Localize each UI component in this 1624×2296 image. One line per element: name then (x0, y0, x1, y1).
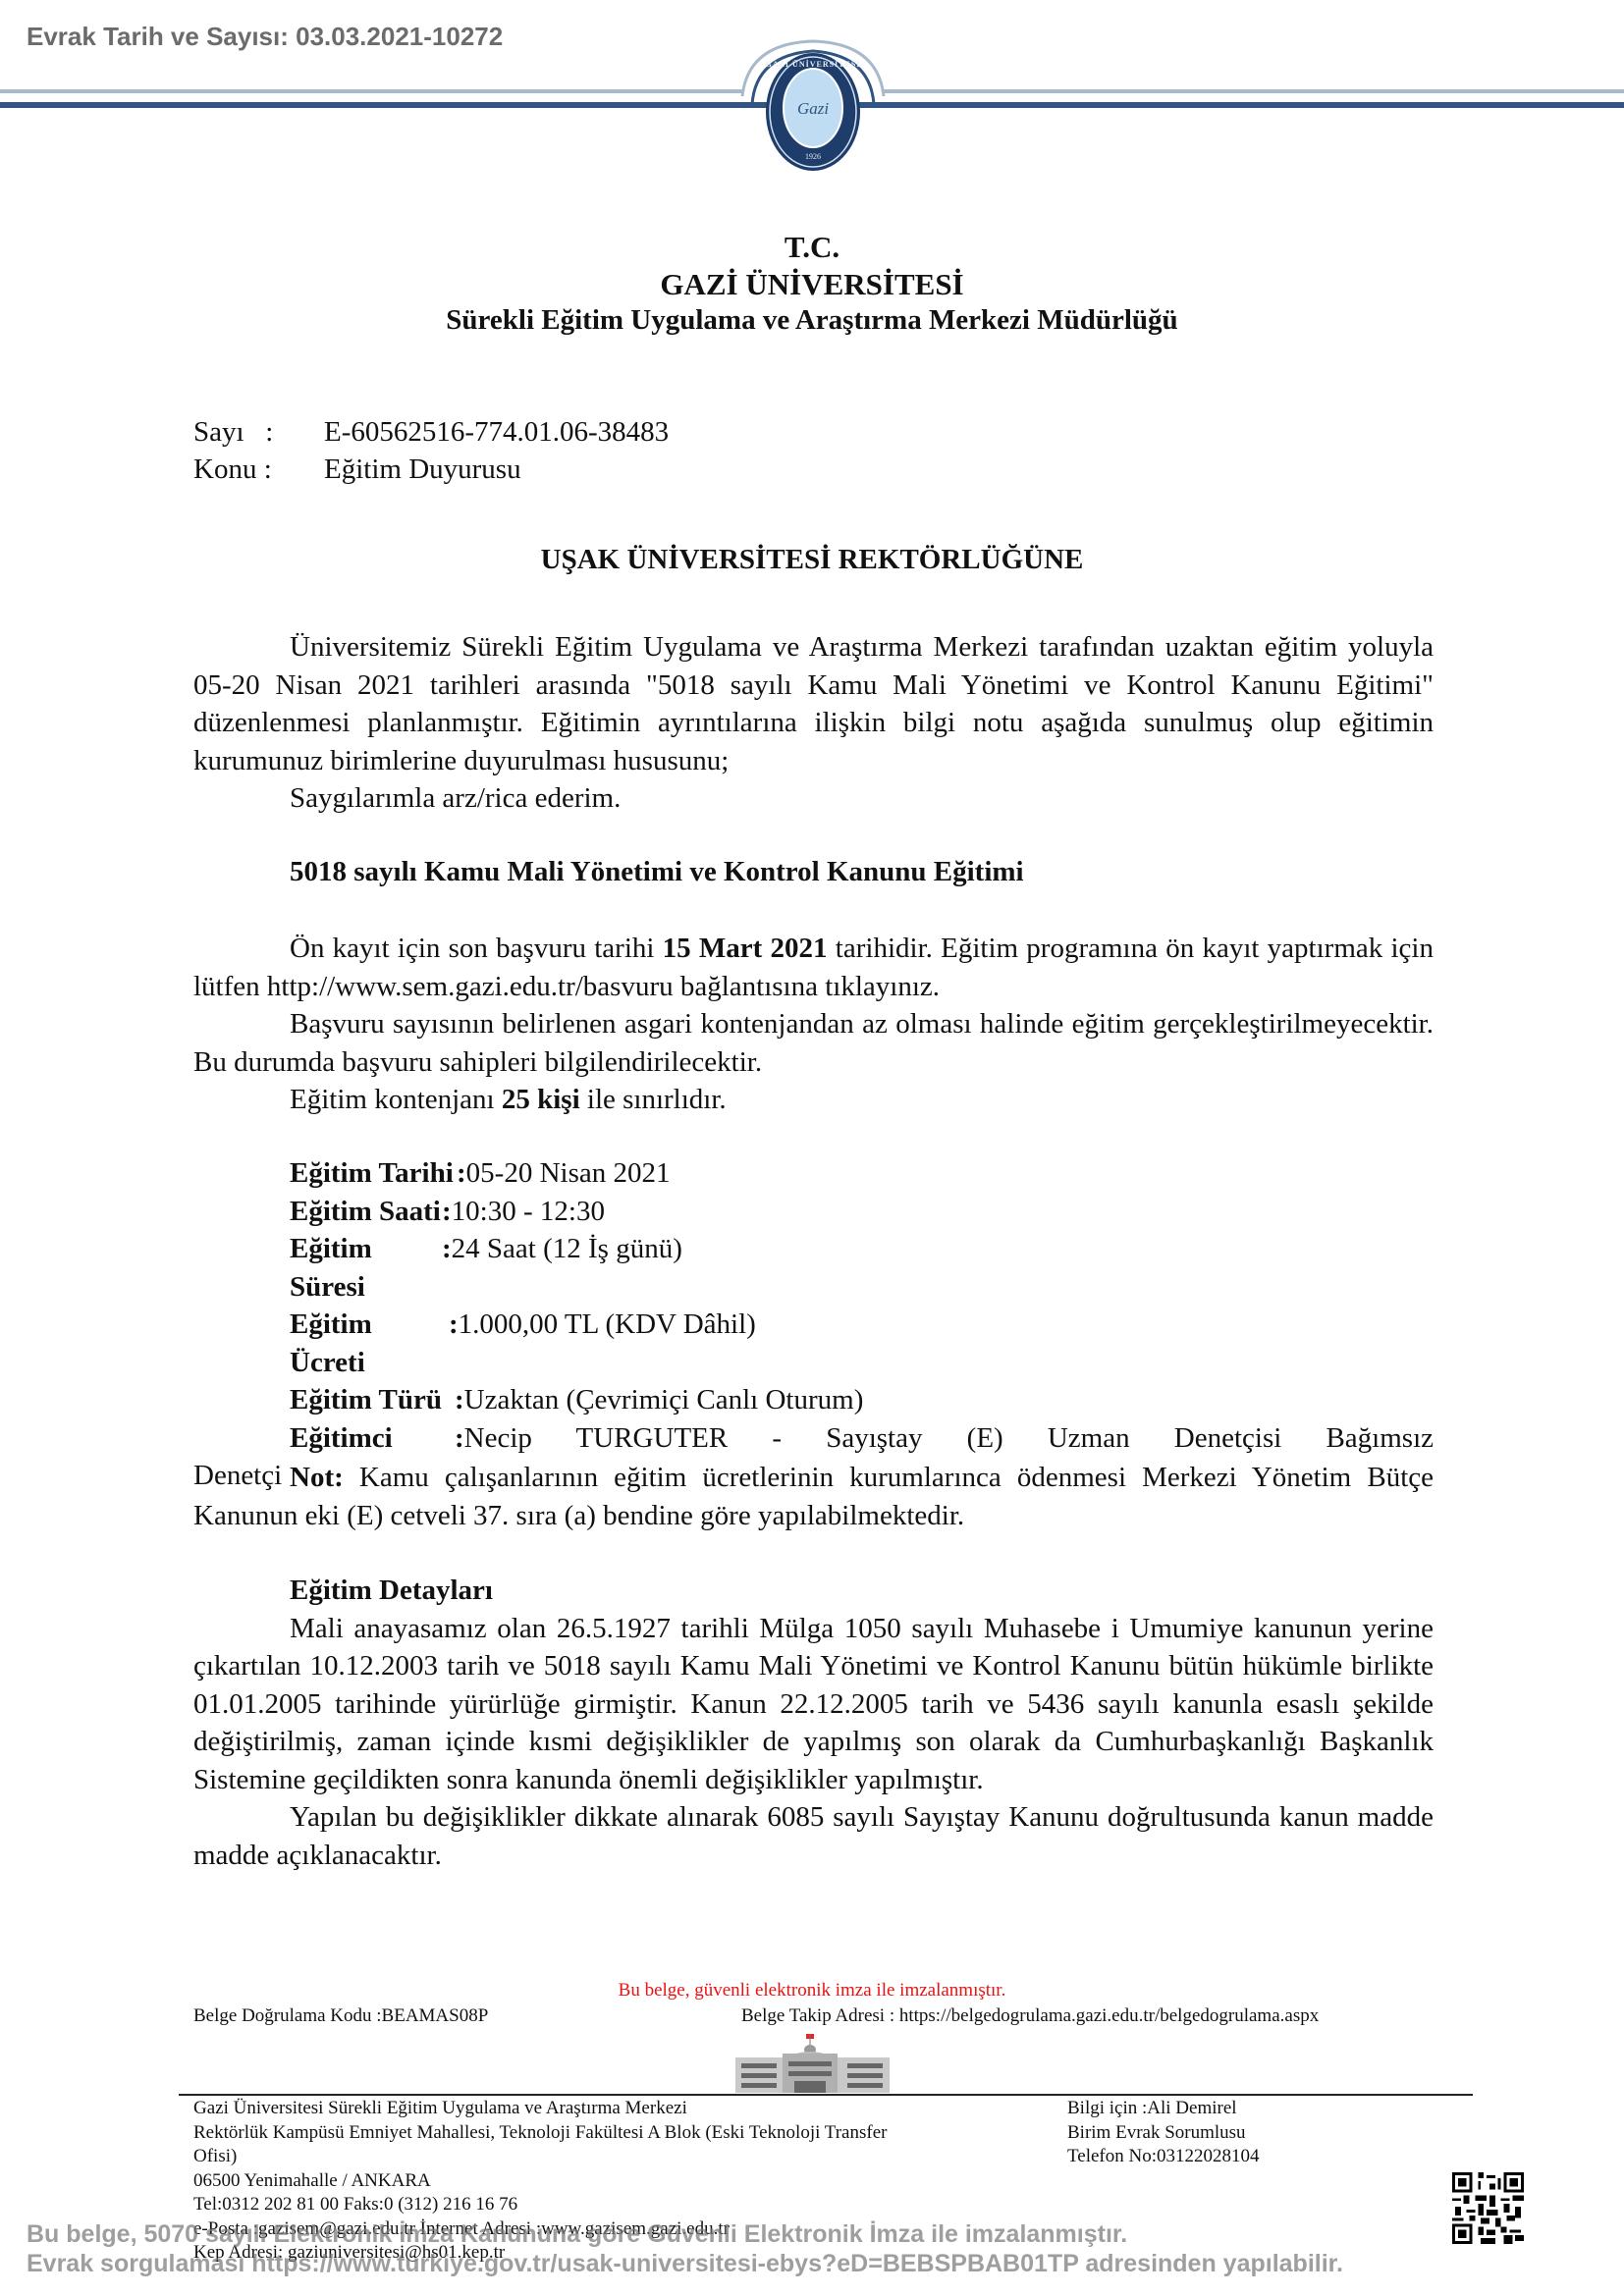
letterhead-tc: T.C. (0, 230, 1624, 265)
footer-contact-line: 06500 Yenimahalle / ANKARA (193, 2169, 1057, 2194)
detail-colon: : (442, 1193, 452, 1231)
qr-code-icon[interactable] (1452, 2172, 1524, 2244)
konu-label: Konu : (193, 454, 324, 486)
detail-label: Eğitim Tarihi (290, 1154, 457, 1193)
sayi-value: E-60562516-774.01.06-38483 (324, 416, 669, 448)
details-list: Eğitim Tarihi: 05-20 Nisan 2021Eğitim Sa… (193, 1154, 1434, 1495)
detail-value: : 24 Saat (12 İş günü) (442, 1230, 1434, 1306)
footer-info-line: Birim Evrak Sorumlusu (1067, 2121, 1440, 2146)
deadline-date: 15 Mart 2021 (663, 933, 828, 964)
konu-value: Eğitim Duyurusu (324, 454, 521, 485)
detail-row: Eğitim Süresi: 24 Saat (12 İş günü) (193, 1230, 1434, 1306)
detail-value-text: Uzaktan (Çevrimiçi Canlı Oturum) (464, 1384, 864, 1415)
detail-label: Eğitimci (290, 1419, 455, 1458)
registration-section: Ön kayıt için son başvuru tarihi 15 Mart… (193, 930, 1434, 1119)
verification-code: Belge Doğrulama Kodu :BEAMAS08P (193, 2005, 488, 2027)
detail-value-text: Necip TURGUTER - Sayıştay (E) Uzman Dene… (464, 1422, 1434, 1454)
detail-row: Eğitim Türü: Uzaktan (Çevrimiçi Canlı Ot… (193, 1381, 1434, 1419)
intro-paragraph: Üniversitemiz Sürekli Eğitim Uygulama ve… (193, 628, 1434, 779)
text: Ön kayıt için son başvuru tarihi (290, 933, 663, 964)
detail-value: : Uzaktan (Çevrimiçi Canlı Oturum) (455, 1381, 1434, 1419)
detail-row: Eğitim Saati: 10:30 - 12:30 (193, 1193, 1434, 1231)
footer-info-line: Telefon No:03122028104 (1067, 2145, 1440, 2169)
training-details-title: Eğitim Detayları (193, 1572, 1434, 1610)
detail-colon: : (449, 1306, 459, 1344)
detail-value: : 1.000,00 TL (KDV Dâhil) (449, 1306, 1434, 1381)
detail-value-text: 1.000,00 TL (KDV Dâhil) (459, 1308, 756, 1340)
detail-label: Eğitim Saati (290, 1193, 442, 1231)
document-date-number: Evrak Tarih ve Sayısı: 03.03.2021-10272 (27, 22, 503, 52)
intro-closing: Saygılarımla arz/rica ederim. (193, 779, 1434, 818)
note-section: Not: Kamu çalışanlarının eğitim ücretler… (193, 1459, 1434, 1534)
footer-info-contact: Bilgi için :Ali DemirelBirim Evrak Sorum… (1067, 2097, 1440, 2169)
footer-divider (179, 2094, 1473, 2096)
svg-text:1926: 1926 (805, 152, 821, 161)
note-text: Kamu çalışanlarının eğitim ücretlerinin … (193, 1462, 1434, 1531)
university-building-icon (731, 2034, 893, 2095)
capacity-notice: Eğitim kontenjanı 25 kişi ile sınırlıdır… (193, 1081, 1434, 1119)
konu-row: Konu :Eğitim Duyurusu (193, 454, 521, 486)
note-label: Not: (290, 1462, 344, 1493)
intro-section: Üniversitemiz Sürekli Eğitim Uygulama ve… (193, 628, 1434, 818)
note-paragraph: Not: Kamu çalışanlarının eğitim ücretler… (193, 1459, 1434, 1534)
document-query-watermark: Evrak sorgulaması https://www.turkiye.go… (27, 2250, 1343, 2278)
detail-colon: : (455, 1419, 464, 1458)
letterhead-university: GAZİ ÜNİVERSİTESİ (0, 267, 1624, 302)
minimum-quota-notice: Başvuru sayısının belirlenen asgari kont… (193, 1005, 1434, 1081)
detail-value: : Necip TURGUTER - Sayıştay (E) Uzman De… (455, 1419, 1434, 1458)
tracking-address-link[interactable]: Belge Takip Adresi : https://belgedogrul… (741, 2005, 1319, 2027)
detail-label: Eğitim Türü (290, 1381, 455, 1419)
detail-value-text: 10:30 - 12:30 (452, 1196, 605, 1227)
detail-value-text: 24 Saat (12 İş günü) (452, 1233, 682, 1264)
training-details-p2: Yapılan bu değişiklikler dikkate alınara… (193, 1798, 1434, 1874)
section-title: 5018 sayılı Kamu Mali Yönetimi ve Kontro… (290, 856, 1024, 888)
e-signature-notice: Bu belge, güvenli elektronik imza ile im… (0, 1980, 1624, 2002)
capacity-value: 25 kişi (502, 1084, 580, 1115)
detail-label: Eğitim Süresi (290, 1230, 442, 1306)
footer-contact-line: Tel:0312 202 81 00 Faks:0 (312) 216 16 7… (193, 2193, 1057, 2217)
letterhead-department: Sürekli Eğitim Uygulama ve Araştırma Mer… (0, 304, 1624, 337)
svg-text:Gazi: Gazi (797, 99, 829, 118)
footer-contact-line: Ofisi) (193, 2145, 1057, 2169)
detail-colon: : (457, 1154, 466, 1193)
gazi-universitesi-seal-icon: Gazi 1926 GAZİ ÜNİVERSİTESİ (738, 37, 888, 175)
footer-info-line: Bilgi için :Ali Demirel (1067, 2097, 1440, 2121)
detail-row: Eğitim Ücreti: 1.000,00 TL (KDV Dâhil) (193, 1306, 1434, 1381)
sayi-label: Sayı : (193, 416, 324, 449)
sayi-row: Sayı :E-60562516-774.01.06-38483 (193, 416, 669, 449)
text: ile sınırlıdır. (580, 1084, 727, 1115)
detail-row: Eğitimci: Necip TURGUTER - Sayıştay (E) … (193, 1419, 1434, 1458)
training-details-section: Eğitim Detayları Mali anayasamız olan 26… (193, 1572, 1434, 1874)
detail-colon: : (442, 1230, 452, 1268)
detail-value: : 10:30 - 12:30 (442, 1193, 1434, 1231)
registration-deadline: Ön kayıt için son başvuru tarihi 15 Mart… (193, 930, 1434, 1005)
detail-label: Eğitim Ücreti (290, 1306, 449, 1381)
detail-value-text: 05-20 Nisan 2021 (466, 1157, 671, 1189)
training-details-p1: Mali anayasamız olan 26.5.1927 tarihli M… (193, 1610, 1434, 1799)
e-signature-watermark: Bu belge, 5070 sayılı Elektronik İmza Ka… (27, 2220, 1127, 2249)
text: Eğitim kontenjanı (290, 1084, 502, 1115)
detail-value: : 05-20 Nisan 2021 (457, 1154, 1434, 1193)
footer-contact-line: Gazi Üniversitesi Sürekli Eğitim Uygulam… (193, 2097, 1057, 2121)
svg-text:GAZİ ÜNİVERSİTESİ: GAZİ ÜNİVERSİTESİ (766, 59, 861, 69)
detail-row: Eğitim Tarihi: 05-20 Nisan 2021 (193, 1154, 1434, 1193)
footer-contact-line: Rektörlük Kampüsü Emniyet Mahallesi, Tek… (193, 2121, 1057, 2146)
addressee: UŞAK ÜNİVERSİTESİ REKTÖRLÜĞÜNE (0, 544, 1624, 576)
detail-colon: : (455, 1381, 464, 1419)
